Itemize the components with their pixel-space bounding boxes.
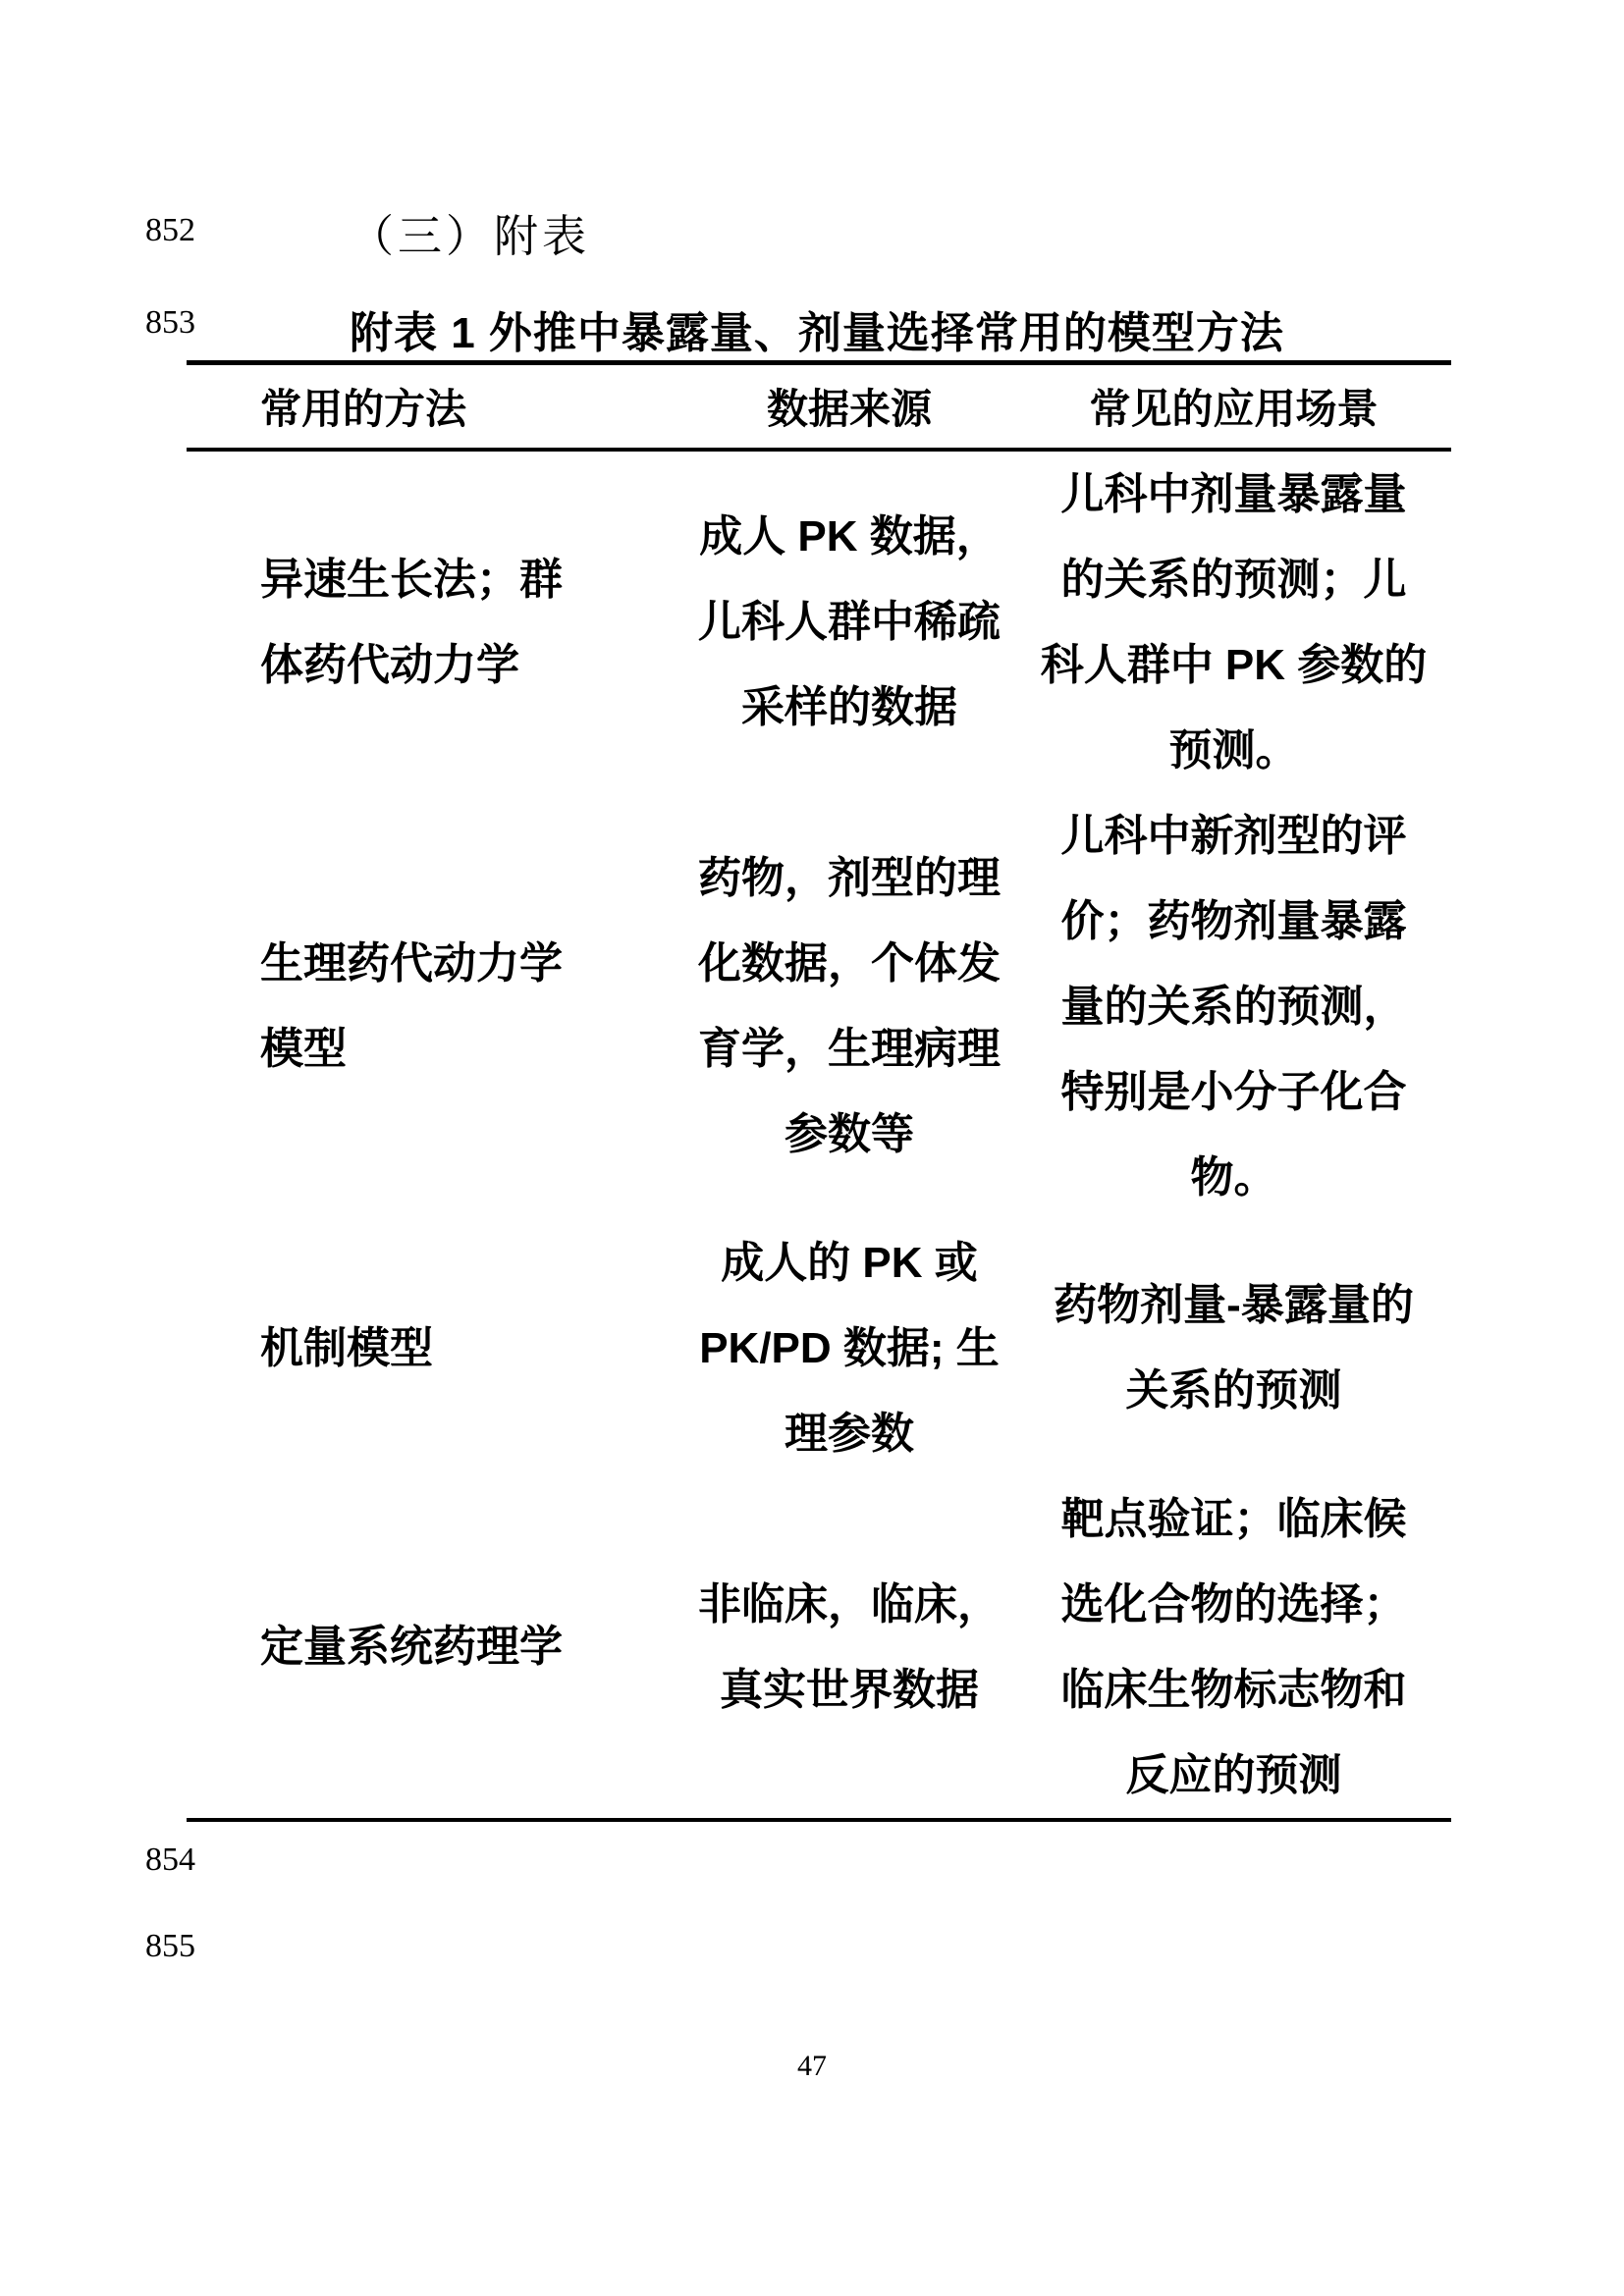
table-header: 常用的方法 数据来源 常见的应用场景	[187, 363, 1451, 450]
table-title: 附表 1 外推中暴露量、剂量选择常用的模型方法	[350, 297, 1284, 360]
table-row: 机制模型 成人的 PK 或 PK/PD 数据; 生 理参数 药物剂量-暴露量的 …	[187, 1220, 1451, 1476]
line-number-852: 852	[145, 212, 195, 249]
section-heading: （三）附表	[350, 200, 590, 264]
cell-method: 定量系统药理学	[187, 1476, 682, 1820]
line-number-854: 854	[145, 1842, 195, 1879]
line-number-853: 853	[145, 304, 195, 342]
table-header-row: 常用的方法 数据来源 常见的应用场景	[187, 363, 1451, 450]
cell-source: 非临床，临床， 真实世界数据	[682, 1476, 1016, 1820]
document-page: 852 853 854 855 （三）附表 附表 1 外推中暴露量、剂量选择常用…	[0, 0, 1624, 2296]
table-row: 异速生长法；群 体药代动力学 成人 PK 数据， 儿科人群中稀疏 采样的数据 儿…	[187, 450, 1451, 793]
cell-scenario: 儿科中剂量暴露量 的关系的预测；儿 科人群中 PK 参数的 预测。	[1016, 450, 1451, 793]
cell-source: 药物，剂型的理 化数据，个体发 育学，生理病理 参数等	[682, 793, 1016, 1220]
column-header-method: 常用的方法	[187, 363, 682, 450]
cell-scenario: 药物剂量-暴露量的 关系的预测	[1016, 1220, 1451, 1476]
cell-method: 生理药代动力学 模型	[187, 793, 682, 1220]
cell-scenario: 儿科中新剂型的评 价；药物剂量暴露 量的关系的预测， 特别是小分子化合 物。	[1016, 793, 1451, 1220]
table-body: 异速生长法；群 体药代动力学 成人 PK 数据， 儿科人群中稀疏 采样的数据 儿…	[187, 450, 1451, 1820]
appendix-table-1: 常用的方法 数据来源 常见的应用场景 异速生长法；群 体药代动力学 成人 PK …	[187, 360, 1451, 1822]
table-row: 定量系统药理学 非临床，临床， 真实世界数据 靶点验证；临床候 选化合物的选择；…	[187, 1476, 1451, 1820]
cell-scenario: 靶点验证；临床候 选化合物的选择； 临床生物标志物和 反应的预测	[1016, 1476, 1451, 1820]
column-header-scenario: 常见的应用场景	[1016, 363, 1451, 450]
cell-source: 成人 PK 数据， 儿科人群中稀疏 采样的数据	[682, 450, 1016, 793]
column-header-source: 数据来源	[682, 363, 1016, 450]
table-row: 生理药代动力学 模型 药物，剂型的理 化数据，个体发 育学，生理病理 参数等 儿…	[187, 793, 1451, 1220]
line-number-855: 855	[145, 1928, 195, 1965]
page-number: 47	[0, 2050, 1624, 2083]
cell-method: 异速生长法；群 体药代动力学	[187, 450, 682, 793]
cell-source: 成人的 PK 或 PK/PD 数据; 生 理参数	[682, 1220, 1016, 1476]
cell-method: 机制模型	[187, 1220, 682, 1476]
